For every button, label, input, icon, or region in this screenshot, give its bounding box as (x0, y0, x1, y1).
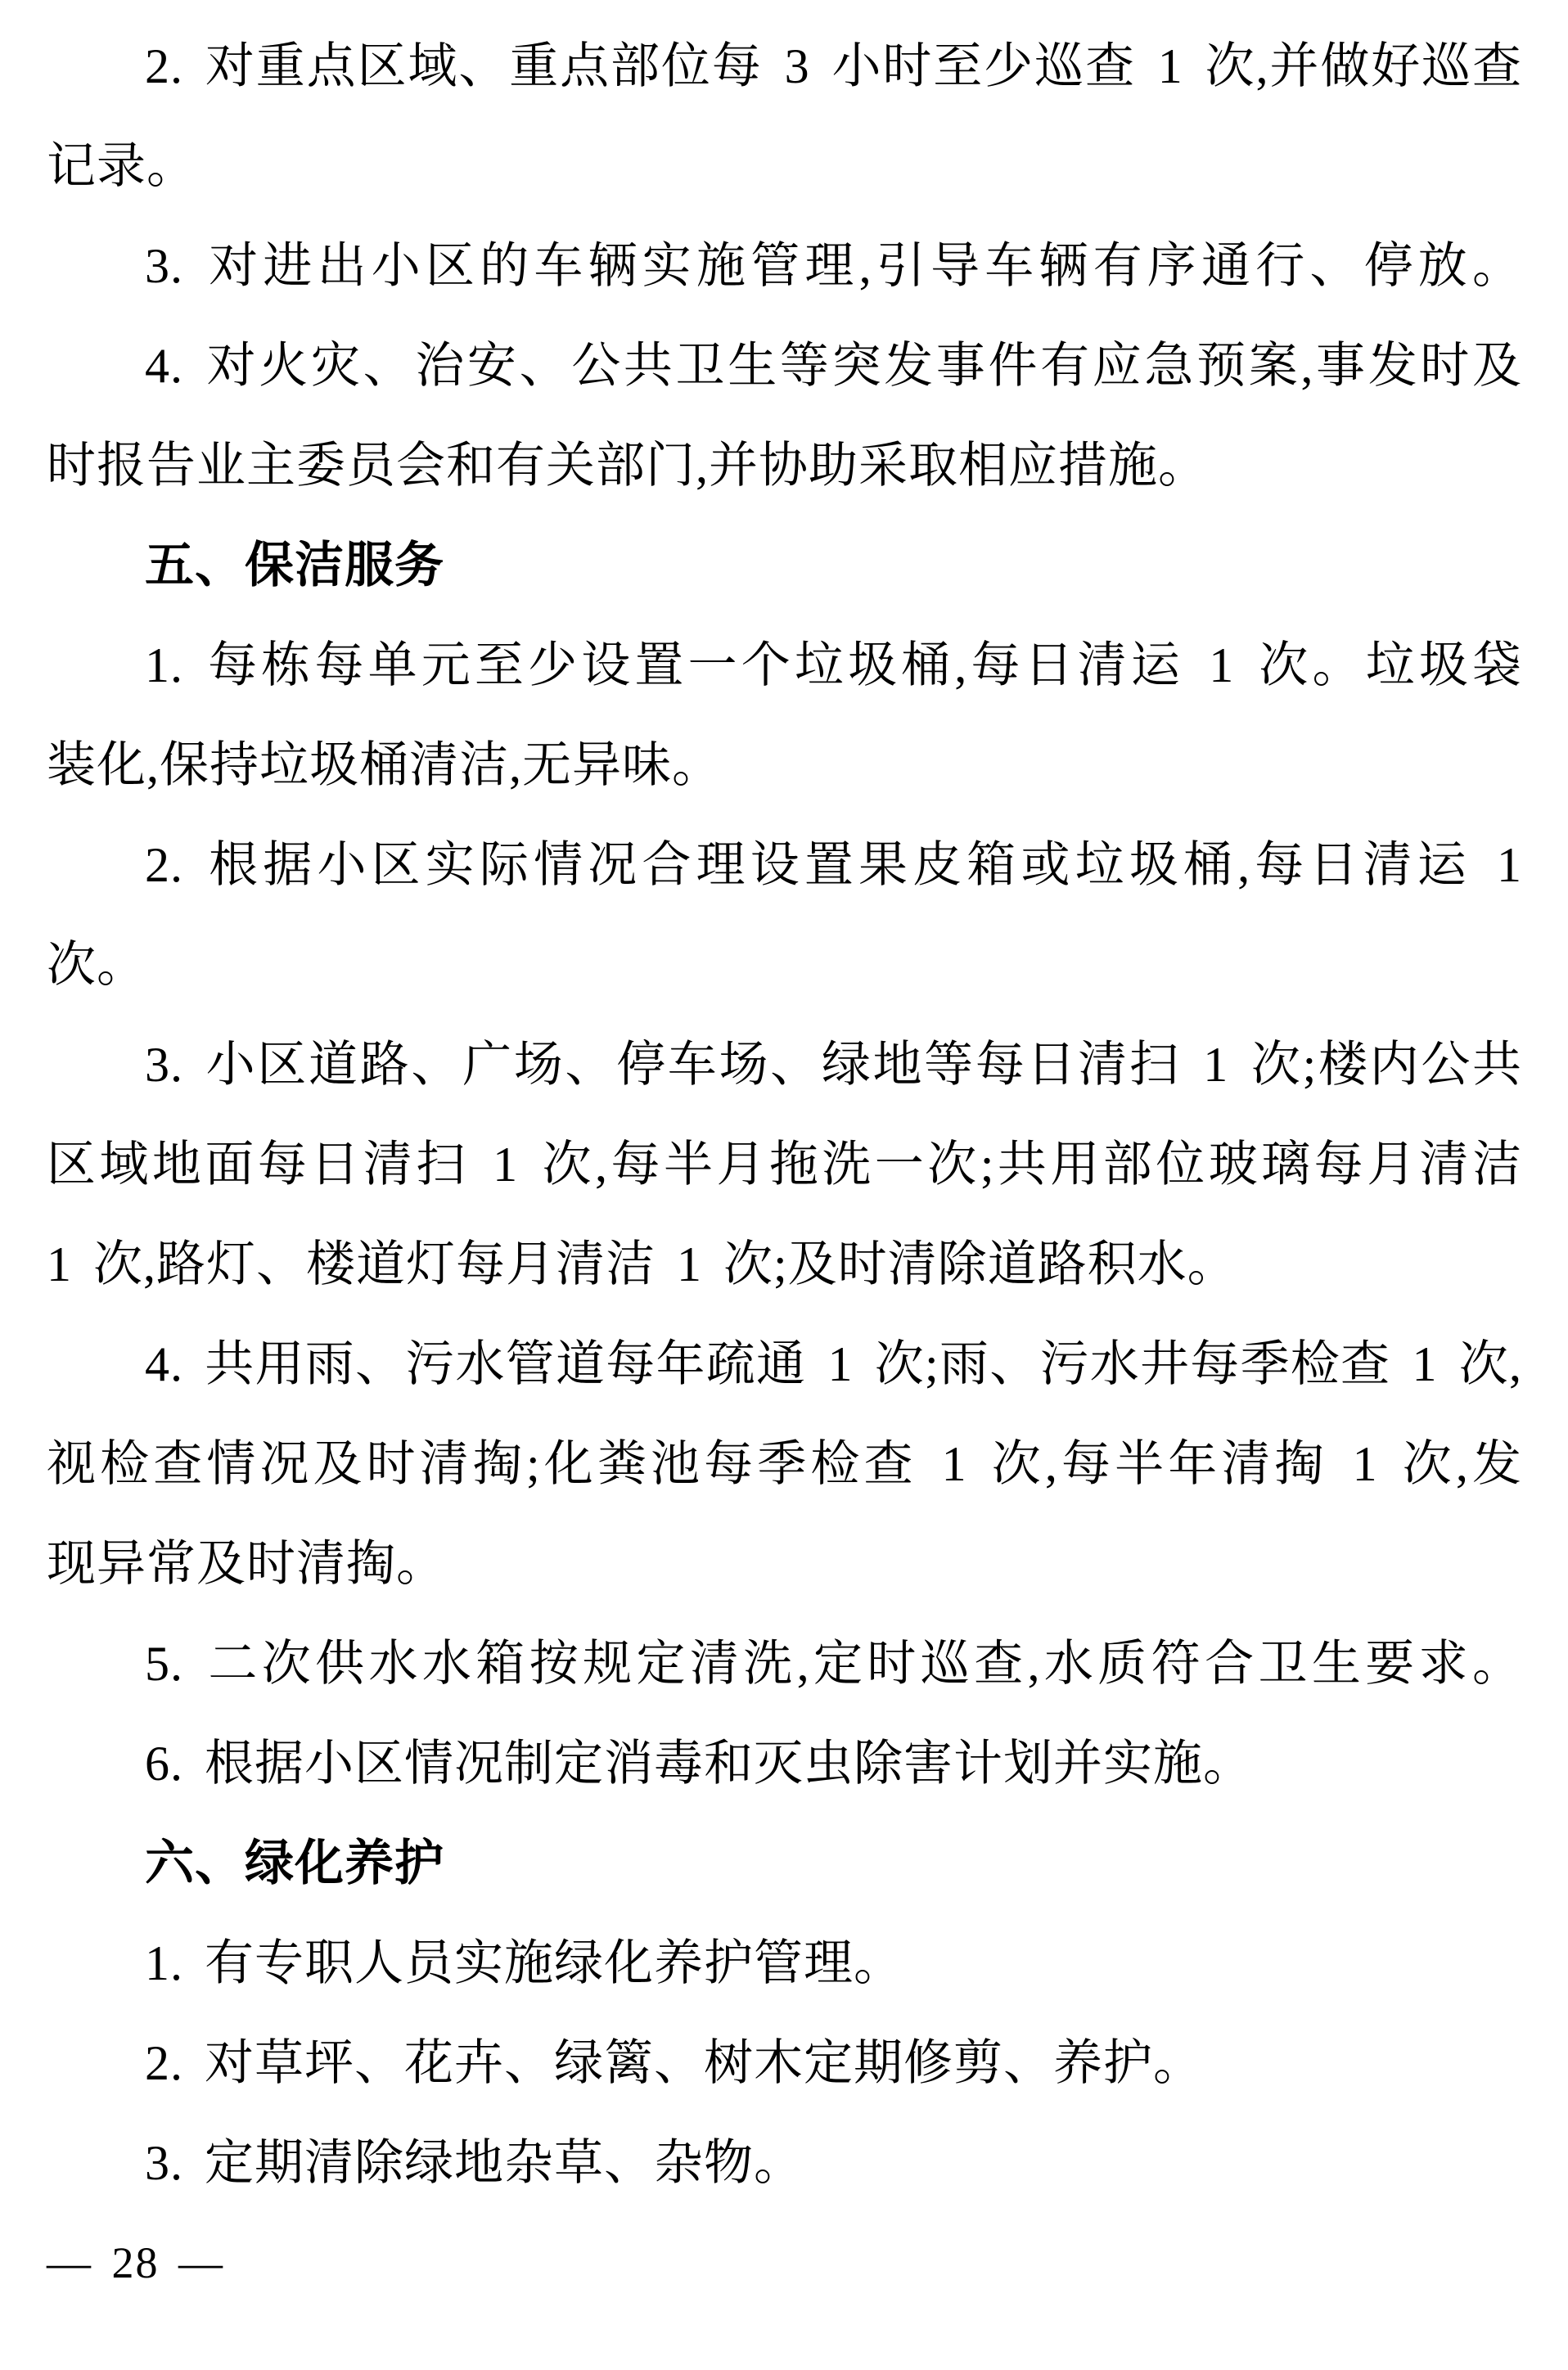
paragraph: 2. 对重点区域、重点部位每 3 小时至少巡查 1 次,并做好巡查 记录。 (47, 16, 1522, 216)
paragraph: 3. 对进出小区的车辆实施管理,引导车辆有序通行、停放。 (47, 216, 1522, 316)
text-line: 4. 共用雨、污水管道每年疏通 1 次;雨、污水井每季检查 1 次, (47, 1314, 1522, 1414)
text-line: 2. 根据小区实际情况合理设置果皮箱或垃圾桶,每日清运 1 (47, 815, 1522, 915)
section-heading: 五、保洁服务 (47, 516, 1522, 615)
paragraph: 2. 对草坪、花卉、绿篱、树木定期修剪、养护。 (47, 2013, 1522, 2113)
document-page: 2. 对重点区域、重点部位每 3 小时至少巡查 1 次,并做好巡查 记录。 3.… (0, 0, 1568, 2370)
text-line: 4. 对火灾、治安、公共卫生等突发事件有应急预案,事发时及 (47, 316, 1522, 416)
paragraph: 1. 有专职人员实施绿化养护管理。 (47, 1913, 1522, 2013)
text-line: 5. 二次供水水箱按规定清洗,定时巡查,水质符合卫生要求。 (47, 1614, 1522, 1714)
text-line: 区域地面每日清扫 1 次,每半月拖洗一次;共用部位玻璃每月清洁 (47, 1115, 1522, 1214)
section-heading-greening: 六、绿化养护 (47, 1814, 1522, 1913)
text-line: 3. 定期清除绿地杂草、杂物。 (47, 2113, 1522, 2213)
text-line: 视检查情况及时清掏;化粪池每季检查 1 次,每半年清掏 1 次,发 (47, 1414, 1522, 1514)
paragraph: 4. 对火灾、治安、公共卫生等突发事件有应急预案,事发时及 时报告业主委员会和有… (47, 316, 1522, 516)
page-number-footer: — 28 — (47, 2213, 1522, 2313)
section-heading: 六、绿化养护 (47, 1814, 1522, 1913)
paragraph: 3. 定期清除绿地杂草、杂物。 (47, 2113, 1522, 2213)
text-line: 装化,保持垃圾桶清洁,无异味。 (47, 715, 1522, 815)
text-line: 2. 对重点区域、重点部位每 3 小时至少巡查 1 次,并做好巡查 (47, 16, 1522, 116)
text-line: 6. 根据小区情况制定消毒和灭虫除害计划并实施。 (47, 1714, 1522, 1814)
text-line: 2. 对草坪、花卉、绿篱、树木定期修剪、养护。 (47, 2013, 1522, 2113)
text-line: 1. 有专职人员实施绿化养护管理。 (47, 1913, 1522, 2013)
text-line: 1 次,路灯、楼道灯每月清洁 1 次;及时清除道路积水。 (47, 1214, 1522, 1314)
text-line: 3. 小区道路、广场、停车场、绿地等每日清扫 1 次;楼内公共 (47, 1015, 1522, 1115)
text-line: 时报告业主委员会和有关部门,并协助采取相应措施。 (47, 416, 1522, 516)
text-line: 1. 每栋每单元至少设置一个垃圾桶,每日清运 1 次。垃圾袋 (47, 615, 1522, 715)
paragraph: 2. 根据小区实际情况合理设置果皮箱或垃圾桶,每日清运 1 次。 (47, 815, 1522, 1015)
text-line: 记录。 (47, 116, 1522, 216)
text-line: 次。 (47, 915, 1522, 1015)
paragraph: 3. 小区道路、广场、停车场、绿地等每日清扫 1 次;楼内公共 区域地面每日清扫… (47, 1015, 1522, 1314)
paragraph: 5. 二次供水水箱按规定清洗,定时巡查,水质符合卫生要求。 (47, 1614, 1522, 1714)
paragraph: 1. 每栋每单元至少设置一个垃圾桶,每日清运 1 次。垃圾袋 装化,保持垃圾桶清… (47, 615, 1522, 815)
text-line: 3. 对进出小区的车辆实施管理,引导车辆有序通行、停放。 (47, 216, 1522, 316)
text-line: 现异常及时清掏。 (47, 1514, 1522, 1614)
paragraph: 4. 共用雨、污水管道每年疏通 1 次;雨、污水井每季检查 1 次, 视检查情况… (47, 1314, 1522, 1614)
paragraph: 6. 根据小区情况制定消毒和灭虫除害计划并实施。 (47, 1714, 1522, 1814)
section-heading-cleaning: 五、保洁服务 (47, 516, 1522, 615)
